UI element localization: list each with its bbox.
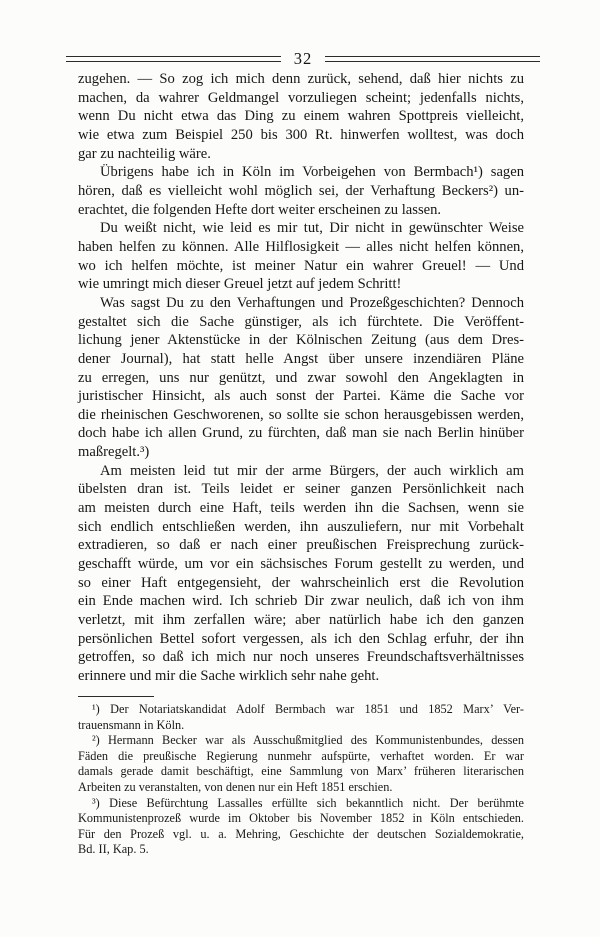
- paragraph: Was sagst Du zu den Verhaftungen und Pro…: [78, 294, 524, 462]
- text-line: machen, da wahrer Geldmangel vorzuliegen…: [78, 89, 524, 108]
- page-header: 32: [66, 48, 540, 70]
- paragraph: Am meisten leid tut mir der arme Bürgers…: [78, 462, 524, 686]
- text-line: verletzt, mit ihm zerfallen wäre; aber n…: [78, 611, 524, 630]
- paragraph: Übrigens habe ich in Köln im Vorbeigehen…: [78, 163, 524, 219]
- text-line: hören, daß es vielleicht wohl möglich se…: [78, 182, 524, 201]
- text-line: zugehen. — So zog ich mich denn zurück, …: [78, 70, 524, 89]
- footnote-line: Für den Prozeß vgl. u. a. Mehring, Gesch…: [78, 827, 524, 843]
- text-line: wie etwa zum Beispiel 250 bis 300 Rt. hi…: [78, 126, 524, 145]
- paragraph: Du weißt nicht, wie leid es mir tut, Dir…: [78, 219, 524, 294]
- text-line: zu erregen, uns nur genützt, und zwar so…: [78, 369, 524, 388]
- text-line: Übrigens habe ich in Köln im Vorbeigehen…: [78, 163, 524, 182]
- body-text: zugehen. — So zog ich mich denn zurück, …: [78, 70, 524, 686]
- text-line: ein Ende machen wird. Ich schrieb Dir zw…: [78, 592, 524, 611]
- footnotes: ¹) Der Notariatskandidat Adolf Bermbach …: [78, 702, 524, 858]
- text-line: gar zu nachteilig wäre.: [78, 145, 524, 164]
- text-line: Du weißt nicht, wie leid es mir tut, Dir…: [78, 219, 524, 238]
- footnote-item: ¹) Der Notariatskandidat Adolf Bermbach …: [78, 702, 524, 733]
- text-line: doch habe ich allen Grund, zu fürchten, …: [78, 424, 524, 443]
- paragraph: zugehen. — So zog ich mich denn zurück, …: [78, 70, 524, 163]
- footnote-line: Fäden die preußische Regierung nunmehr a…: [78, 749, 524, 765]
- text-line: maßregelt.³): [78, 443, 524, 462]
- text-line: gestaltet sich die Sache günstiger, als …: [78, 313, 524, 332]
- footnote-separator: [78, 696, 154, 697]
- footnote-line: ²) Hermann Becker war als Ausschußmitgli…: [78, 733, 524, 749]
- text-line: erinnere und mir die Sache wirklich sehr…: [78, 667, 524, 686]
- text-line: wie umringt mich dieser Greuel jetzt auf…: [78, 275, 524, 294]
- text-line: geschafft würde, um vor ein sächsisches …: [78, 555, 524, 574]
- header-rule-right: [325, 56, 540, 62]
- text-line: extradieren, so daß er nach einer preußi…: [78, 536, 524, 555]
- text-line: erachtet, die folgenden Hefte dort weite…: [78, 201, 524, 220]
- text-line: sich endlich entschließen werden, ihn au…: [78, 518, 524, 537]
- text-line: persönlichen Bettel sofort vergessen, al…: [78, 630, 524, 649]
- text-line: Was sagst Du zu den Verhaftungen und Pro…: [78, 294, 524, 313]
- page-number: 32: [281, 49, 326, 69]
- text-line: so einer Haft entgegensieht, der wahrsch…: [78, 574, 524, 593]
- footnote-item: ²) Hermann Becker war als Ausschußmitgli…: [78, 733, 524, 795]
- book-page: 32 zugehen. — So zog ich mich denn zurüc…: [0, 0, 600, 937]
- footnote-line: trauensmann in Köln.: [78, 718, 524, 734]
- text-line: die rheinischen Geschworenen, so sollte …: [78, 406, 524, 425]
- footnote-line: damals gerade damit beschäftigt, eine Sa…: [78, 764, 524, 780]
- text-line: dener Journal), hat statt helle Angst üb…: [78, 350, 524, 369]
- text-line: Am meisten leid tut mir der arme Bürgers…: [78, 462, 524, 481]
- footnote-line: Arbeiten zu veranstalten, von denen nur …: [78, 780, 524, 796]
- footnote-line: ¹) Der Notariatskandidat Adolf Bermbach …: [78, 702, 524, 718]
- footnote-item: ³) Diese Befürchtung Lassalles erfüllte …: [78, 796, 524, 858]
- footnote-line: Kommunistenprozeß wurde im Oktober bis N…: [78, 811, 524, 827]
- text-line: wo ich helfen möchte, ist meiner Natur e…: [78, 257, 524, 276]
- text-line: getroffen, so daß ich mich nur noch unse…: [78, 648, 524, 667]
- text-line: haben helfen zu können. Alle Hilflosigke…: [78, 238, 524, 257]
- text-line: wenn Du nicht etwa das Ding zu einem wah…: [78, 107, 524, 126]
- text-line: am meisten durch eine Haft, teils werden…: [78, 499, 524, 518]
- text-line: übelsten dran ist. Teils leidet er seine…: [78, 480, 524, 499]
- footnote-line: ³) Diese Befürchtung Lassalles erfüllte …: [78, 796, 524, 812]
- text-line: lichung jener Aktenstücke in der Kölnisc…: [78, 331, 524, 350]
- text-line: juristischer Hinsicht, als auch sonst de…: [78, 387, 524, 406]
- header-rule-left: [66, 56, 281, 62]
- footnote-line: Bd. II, Kap. 5.: [78, 842, 524, 858]
